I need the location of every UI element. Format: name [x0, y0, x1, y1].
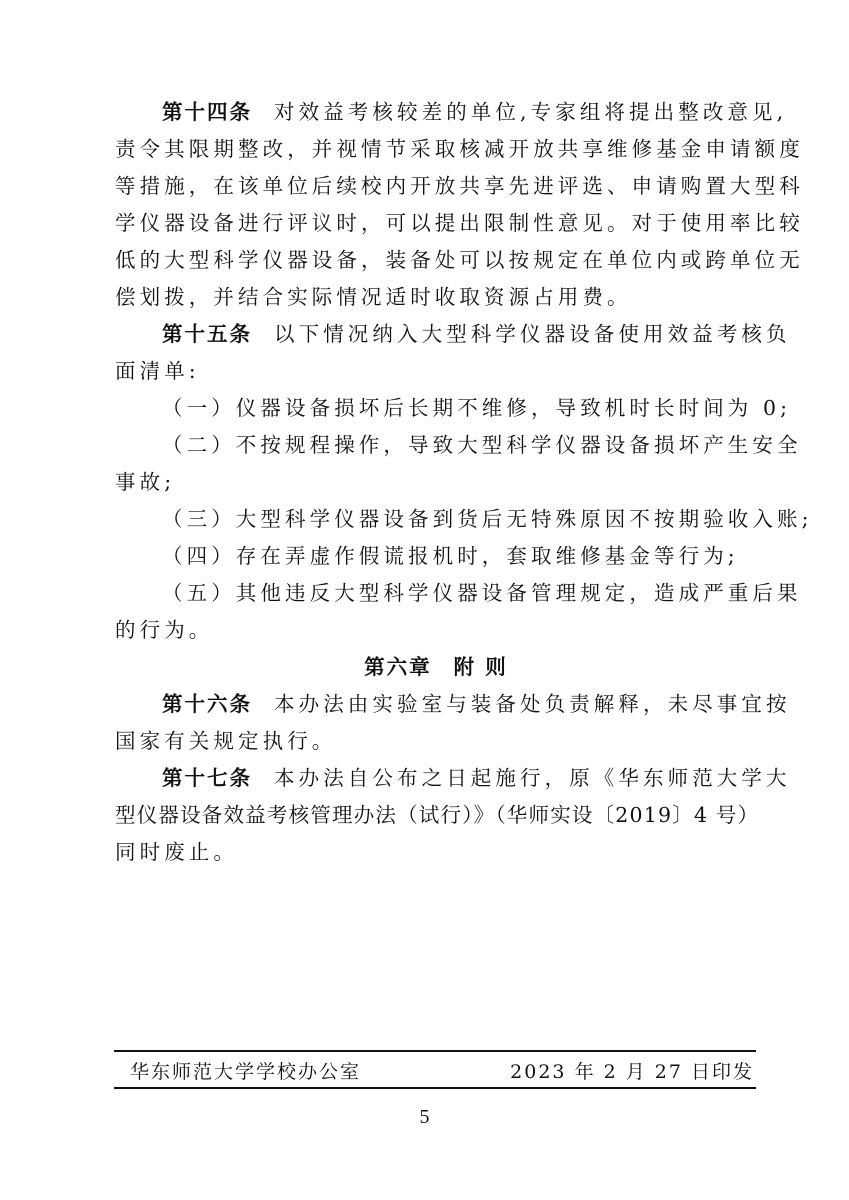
list-item-2: （二）不按规程操作，导致大型科学仪器设备损坏产生安全 — [115, 427, 757, 464]
article-14: 第十四条对效益考核较差的单位,专家组将提出整改意见, 责令其限期整改，并视情节采… — [115, 94, 757, 316]
text-line: 同时废止。 — [115, 834, 757, 871]
list-item-5: （五）其他违反大型科学仪器设备管理规定，造成严重后果 — [115, 575, 757, 612]
article-label: 第十六条 — [162, 692, 252, 716]
list-item-4: （四）存在弄虚作假谎报机时，套取维修基金等行为; — [115, 538, 757, 575]
text-line: 学仪器设备进行评议时，可以提出限制性意见。对于使用率比较 — [115, 205, 757, 242]
list-item-3: （三）大型科学仪器设备到货后无特殊原因不按期验收入账; — [115, 501, 757, 538]
chapter-number: 第六章 — [364, 655, 432, 679]
list-item-2-cont: 事故; — [115, 464, 757, 501]
text-line: 以下情况纳入大型科学仪器设备使用效益考核负 — [274, 322, 791, 346]
text-line: 本办法由实验室与装备处负责解释，未尽事宜按 — [274, 692, 791, 716]
chapter-title: 附 则 — [454, 655, 508, 679]
text-line: 责令其限期整改，并视情节采取核减开放共享维修基金申请额度 — [115, 131, 757, 168]
article-15: 第十五条以下情况纳入大型科学仪器设备使用效益考核负 面清单: （一）仪器设备损坏… — [115, 316, 757, 649]
issuance-footer: 华东师范大学学校办公室 2023 年 2 月 27 日印发 — [114, 1050, 756, 1089]
chapter-heading: 第六章附 则 — [115, 649, 757, 686]
text-line: 等措施，在该单位后续校内开放共享先进评选、申请购置大型科 — [115, 168, 757, 205]
text-line: 偿划拨，并结合实际情况适时收取资源占用费。 — [115, 279, 757, 316]
article-label: 第十七条 — [162, 766, 252, 790]
list-item-1: （一）仪器设备损坏后长期不维修，导致机时长时间为 0; — [115, 390, 757, 427]
text-line: 面清单: — [115, 353, 757, 390]
text-line: 型仪器设备效益考核管理办法（试行）》（华师实设〔2019〕4 号） — [115, 797, 757, 834]
issuer: 华东师范大学学校办公室 — [130, 1057, 361, 1084]
text-line: 国家有关规定执行。 — [115, 723, 757, 760]
article-label: 第十四条 — [162, 100, 252, 124]
page-number: 5 — [0, 1106, 849, 1129]
list-item-5-cont: 的行为。 — [115, 612, 757, 649]
text-line: 本办法自公布之日起施行，原《华东师范大学大 — [274, 766, 791, 790]
issue-date: 2023 年 2 月 27 日印发 — [510, 1057, 754, 1084]
document-body: 第十四条对效益考核较差的单位,专家组将提出整改意见, 责令其限期整改，并视情节采… — [115, 94, 757, 871]
text-line: 低的大型科学仪器设备，装备处可以按规定在单位内或跨单位无 — [115, 242, 757, 279]
text-line: 对效益考核较差的单位,专家组将提出整改意见, — [274, 100, 787, 124]
article-16: 第十六条本办法由实验室与装备处负责解释，未尽事宜按 国家有关规定执行。 — [115, 686, 757, 760]
article-label: 第十五条 — [162, 322, 252, 346]
article-17: 第十七条本办法自公布之日起施行，原《华东师范大学大 型仪器设备效益考核管理办法（… — [115, 760, 757, 871]
